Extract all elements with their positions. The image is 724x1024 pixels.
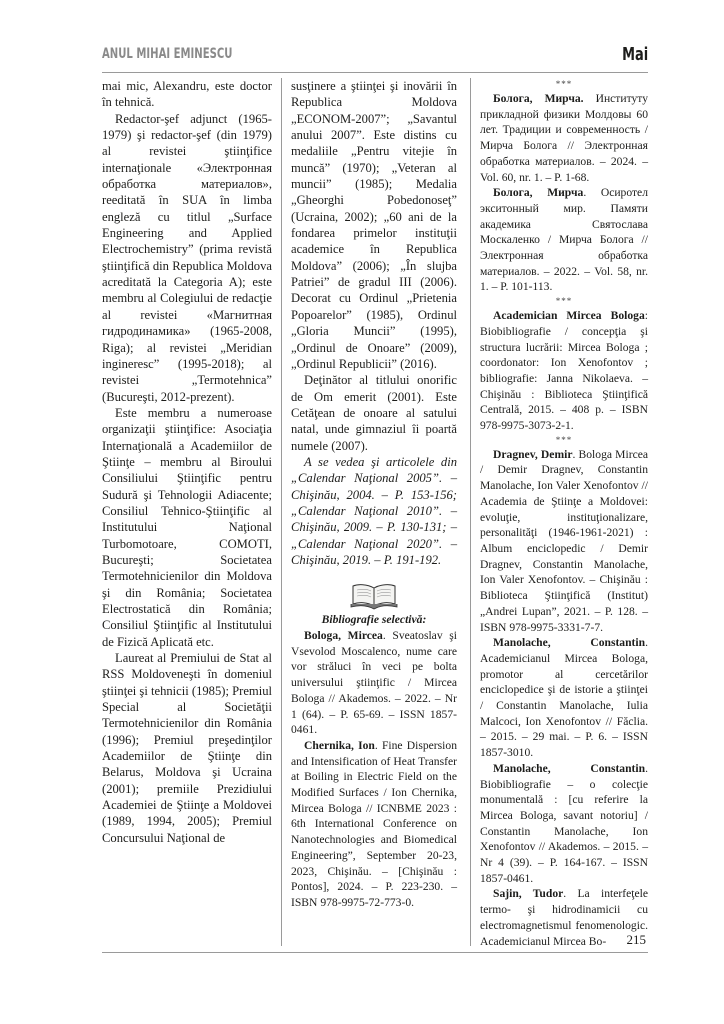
bibliography-heading: Bibliografie selectivă: [291,612,457,628]
section-separator: *** [480,434,648,447]
column-divider-2 [470,78,471,946]
bibliography-entry: Bologa, Mircea. Sveatoslav şi Vsevolod M… [291,628,457,738]
paragraph: susţinere a ştiinţei şi inovării în Repu… [291,78,457,372]
paragraph: Laureat al Premiului de Stat al RSS Mold… [102,650,272,846]
paragraph: Redactor-şef adjunct (1965-1979) şi reda… [102,111,272,405]
column-3: *** Бологa, Мирча. Институту прикладной … [480,78,648,949]
column-1: mai mic, Alexandru, este doctor în tehni… [102,78,272,846]
entry-author: Manolache, Constantin [493,636,645,649]
entry-text: . Bologa Mircea / Demir Dragnev, Constan… [480,448,648,634]
entry-text: . Fine Dispersion and Intensification of… [291,739,457,909]
entry-author: Chernika, Ion [304,739,375,752]
bibliography-entry: Manolache, Constantin. Academicianul Mir… [480,635,648,761]
entry-author: Manolache, Constantin [493,762,645,775]
entry-text: . Biobibliografie – o colecţie monumenta… [480,762,648,885]
bibliography-entry: Бологa, Мирча. Осиротел экситонный мир. … [480,185,648,295]
entry-author: Sajin, Tudor [493,887,563,900]
paragraph: mai mic, Alexandru, este doctor în tehni… [102,78,272,111]
section-separator: *** [480,78,648,91]
running-header: ANUL MIHAI EMINESCU Mai [102,44,648,72]
entry-author: Academician Mircea Bologa [493,309,645,322]
see-also-note: A se vedea şi articolele din „Calendar N… [291,454,457,568]
paragraph: Deţinător al titlului onorific de Om eme… [291,372,457,454]
entry-author: Бологa, Мирча. [493,92,584,105]
document-page: ANUL MIHAI EMINESCU Mai mai mic, Alexand… [0,0,724,1024]
open-book-icon [349,582,399,610]
entry-text: : Biobibliografie / concepţia şi structu… [480,309,648,432]
bibliography-entry: Dragnev, Demir. Bologa Mircea / Demir Dr… [480,447,648,635]
header-rule [102,72,648,73]
entry-text: . Sveatoslav şi Vsevolod Moscalenco, num… [291,629,457,736]
bibliography-entry: Chernika, Ion. Fine Dispersion and Inten… [291,738,457,911]
column-divider-1 [281,78,282,946]
footer-rule [102,952,648,953]
bibliography-entry: Sajin, Tudor. La interfeţele termo- şi h… [480,886,648,949]
column-2: susţinere a ştiinţei şi inovării în Repu… [291,78,457,911]
entry-author: Бологa, Мирча [493,186,583,199]
running-title: ANUL MIHAI EMINESCU [102,46,232,62]
bibliography-entry: Бологa, Мирча. Институту прикладной физи… [480,91,648,185]
bibliography-entry: Academician Mircea Bologa: Biobibliograf… [480,308,648,434]
entry-text: . Academicianul Mircea Bologa, promotor … [480,636,648,759]
page-number: 215 [627,932,647,948]
month-label: Mai [622,44,648,65]
entry-author: Dragnev, Demir [493,448,572,461]
bibliography-entry: Manolache, Constantin. Biobibliografie –… [480,761,648,887]
bibliography-section: Bibliografie selectivă: Bologa, Mircea. … [291,612,457,910]
entry-author: Bologa, Mircea [304,629,383,642]
entry-text: . Осиротел экситонный мир. Памяти академ… [480,186,648,293]
section-separator: *** [480,295,648,308]
open-book-icon [291,582,457,612]
entry-text: Институту прикладной физики Молдовы 60 л… [480,92,648,184]
paragraph: Este membru a numeroase organizaţii ştii… [102,405,272,650]
